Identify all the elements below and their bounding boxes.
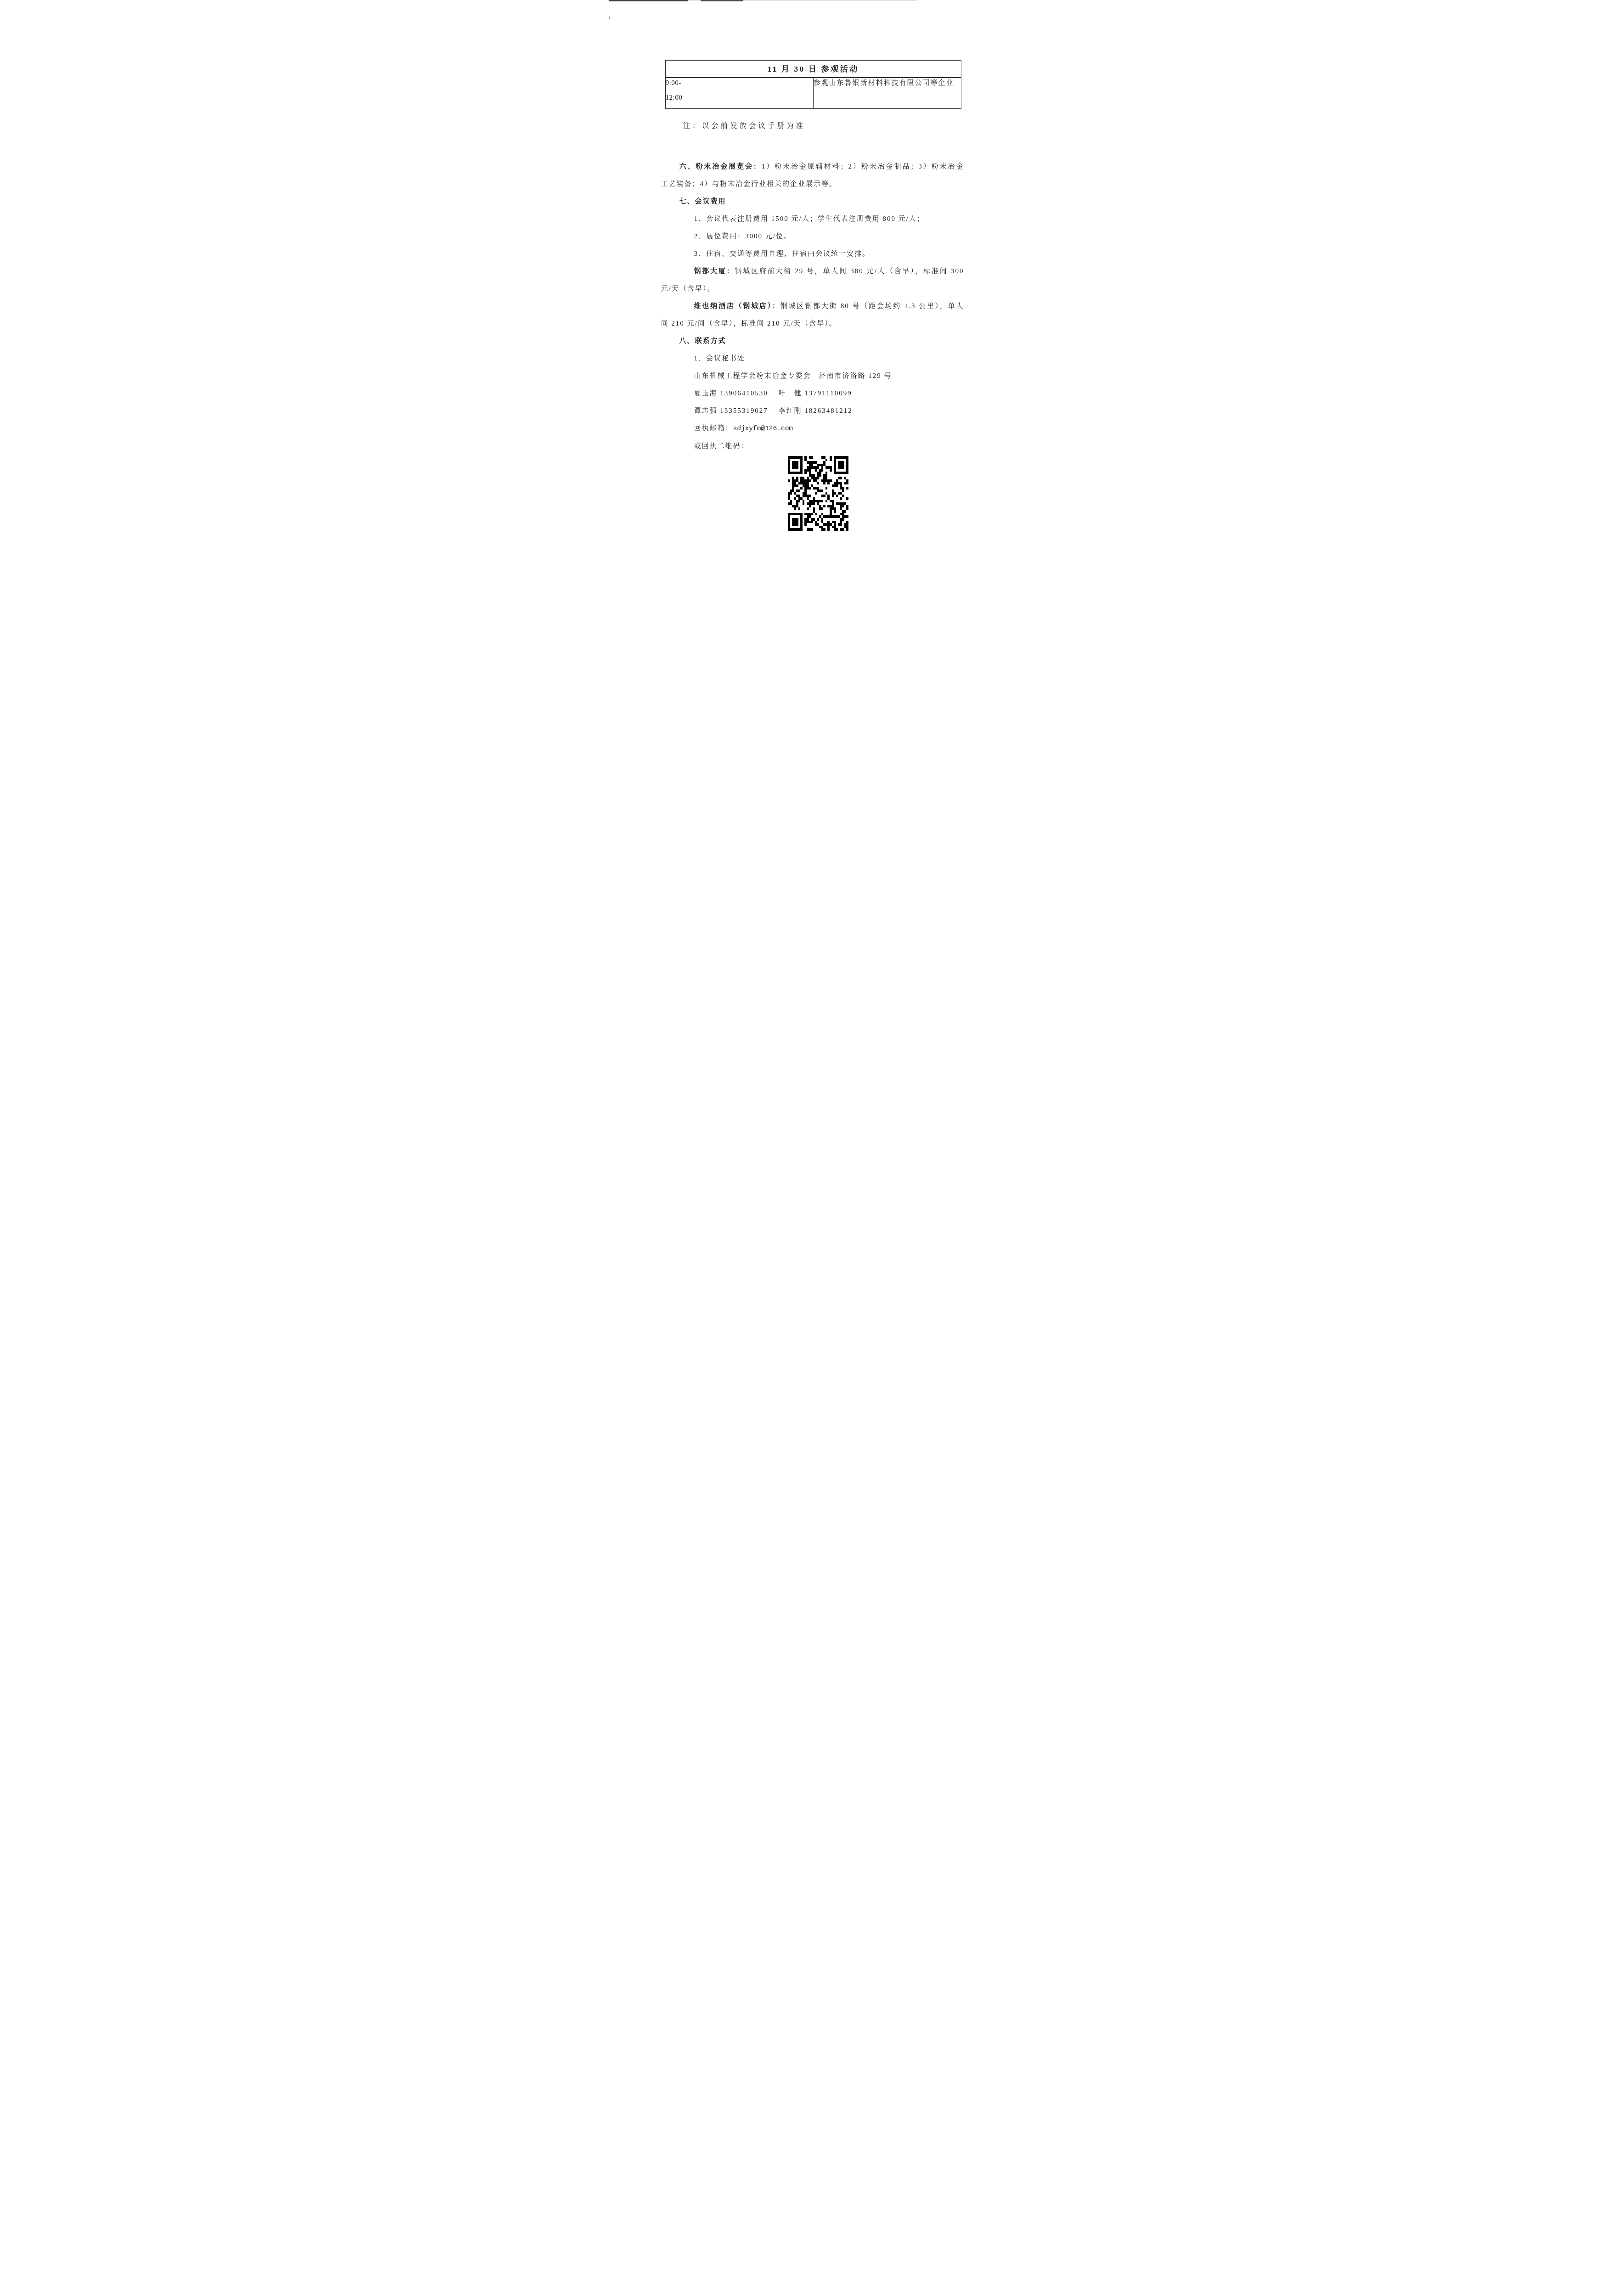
document-content: 11 月 30 日 参观活动 9:00- 12:00 参观山东鲁银新材料科技有限… xyxy=(661,60,964,531)
hotel-2-name: 维也纳酒店（钢城店）： xyxy=(694,303,781,310)
section-7-heading: 七、会议费用 xyxy=(661,193,964,210)
email-line: 回执邮箱：sdjxyfm@126.com xyxy=(661,420,964,438)
scan-artifact-segment xyxy=(701,0,743,1)
email-address: sdjxyfm@126.com xyxy=(733,425,793,433)
hotel-1-text: 钢城区府前大街 29 号，单人间 380 元/人（含早），标准间 300 xyxy=(735,268,964,275)
table-row: 9:00- 12:00 参观山东鲁银新材料科技有限公司等企业 xyxy=(665,78,961,109)
hotel-1-line-1: 钢都大厦：钢城区府前大街 29 号，单人间 380 元/人（含早），标准间 30… xyxy=(661,263,964,280)
email-label: 回执邮箱： xyxy=(694,425,733,432)
contacts-line-2: 谭志强 13355319027 李红刚 18263481212 xyxy=(661,402,964,420)
hotel-1-line-2: 元/天（含早）。 xyxy=(661,280,964,298)
section-8-heading: 八、联系方式 xyxy=(661,332,964,350)
scan-artifact-segment xyxy=(609,0,688,1)
note-line: 注：以会前发放会议手册为准 xyxy=(661,118,964,135)
document-page: 11 月 30 日 参观活动 9:00- 12:00 参观山东鲁银新材料科技有限… xyxy=(609,0,1015,574)
qr-code-image xyxy=(788,456,848,531)
activity-cell: 参观山东鲁银新材料科技有限公司等企业 xyxy=(813,78,961,109)
schedule-table-title: 11 月 30 日 参观活动 xyxy=(665,60,961,78)
time-cell: 9:00- 12:00 xyxy=(665,78,813,109)
fee-item-1: 1、会议代表注册费用 1500 元/人；学生代表注册费用 800 元/人； xyxy=(661,210,964,228)
schedule-table: 11 月 30 日 参观活动 9:00- 12:00 参观山东鲁银新材料科技有限… xyxy=(665,60,961,109)
hotel-2-line-2: 间 210 元/间（含早），标准间 210 元/天（含早）。 xyxy=(661,315,964,332)
hotel-2-text: 钢城区钢都大街 80 号（距会场约 1.3 公里），单人 xyxy=(781,303,964,310)
contacts-line-1: 夏玉海 13906410530 叶 健 13791110099 xyxy=(661,385,964,402)
section-6-line-2: 工艺装备；4）与粉末冶金行业相关的企业展示等。 xyxy=(661,175,964,193)
secretariat-line: 1、会议秘书处 xyxy=(661,350,964,367)
organization-line: 山东机械工程学会粉末冶金专委会 济南市济洛路 129 号 xyxy=(661,367,964,385)
hotel-1-name: 钢都大厦： xyxy=(694,268,735,275)
fee-item-3: 3、住宿、交通等费用自理，住宿由会议统一安排。 xyxy=(661,245,964,263)
section-6-text: 1）粉末冶金原辅材料；2）粉末冶金制品；3）粉末冶金 xyxy=(762,163,964,170)
time-end: 12:00 xyxy=(666,93,813,103)
hotel-2-line-1: 维也纳酒店（钢城店）：钢城区钢都大街 80 号（距会场约 1.3 公里），单人 xyxy=(661,298,964,315)
section-6-heading: 六、粉末冶金展览会： xyxy=(680,163,762,170)
scan-artifact-notch xyxy=(609,17,610,19)
time-start: 9:00- xyxy=(666,78,813,88)
schedule-table-header-row: 11 月 30 日 参观活动 xyxy=(665,60,961,78)
fee-item-2: 2、展位费用：3000 元/位。 xyxy=(661,228,964,245)
section-6-line-1: 六、粉末冶金展览会：1）粉末冶金原辅材料；2）粉末冶金制品；3）粉末冶金 xyxy=(661,158,964,175)
qr-label-line: 或回执二维码： xyxy=(661,438,964,455)
